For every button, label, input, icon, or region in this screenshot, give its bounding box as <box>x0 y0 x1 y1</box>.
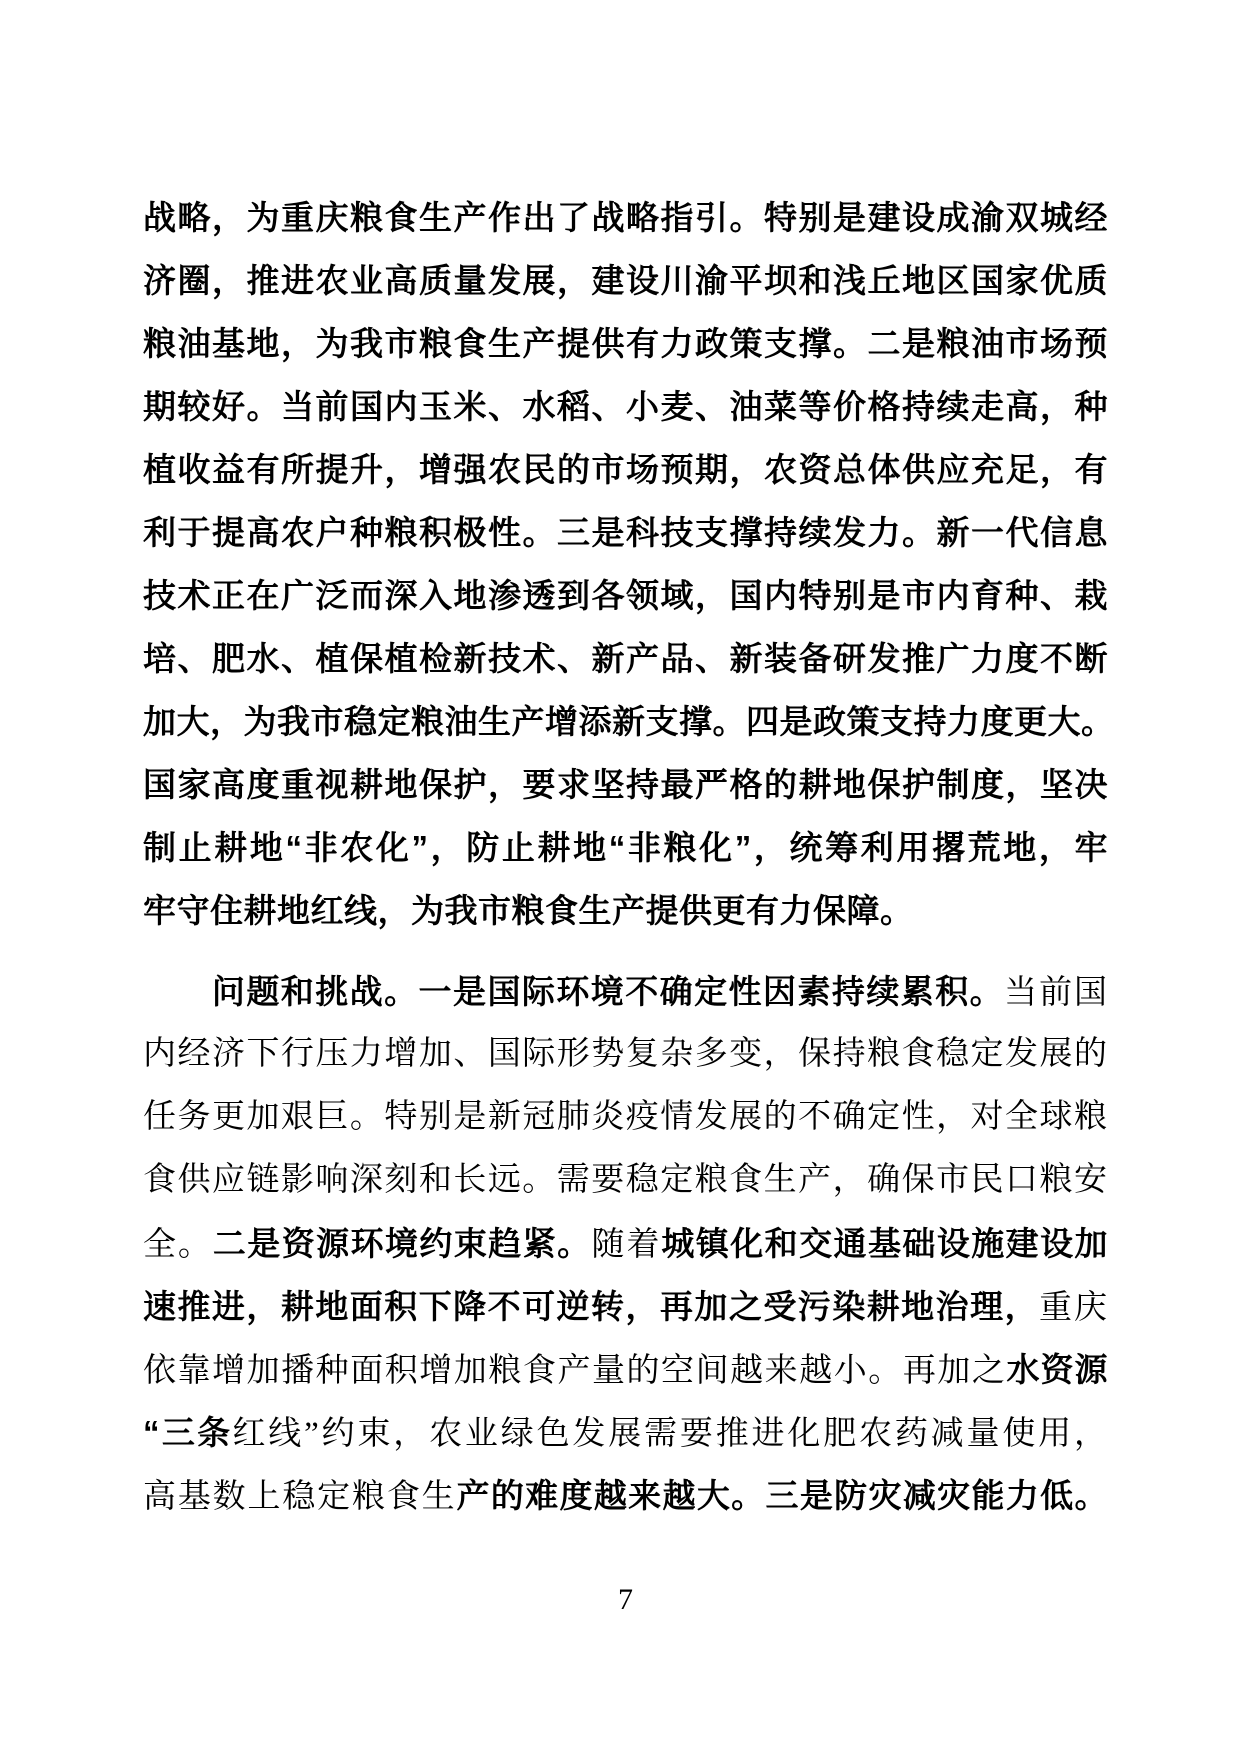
fangsong-run: 随着 <box>592 1227 662 1263</box>
bold-heiti-run: 速推进，耕地面积下降不可逆转，再加之受污染耕地治理， <box>143 1288 1039 1325</box>
fangsong-run: 红线”约束，农业绿色发展需要推进化肥农药减量使用， <box>232 1416 1108 1452</box>
bold-heiti-run: 问题和挑战。一是国际环境不确定性因素持续累积。 <box>143 973 1004 1010</box>
text-line: 制止耕地“非农化”，防止耕地“非粮化”，统筹利用撂荒地，牢 <box>143 816 1108 879</box>
document-text-block: 战略，为重庆粮食生产作出了战略指引。特别是建设成渝双城经济圈，推进农业高质量发展… <box>143 186 1108 1527</box>
bold-heiti-run: 城镇化和交通基础设施建设加 <box>661 1225 1108 1262</box>
fangsong-run: 当前国 <box>1004 975 1108 1011</box>
bold-heiti-run: 水资源 <box>1006 1351 1108 1388</box>
fangsong-run: 内经济下行压力增加、国际形势复杂多变，保持粮食稳定发展的 <box>143 1036 1108 1072</box>
bold-heiti-run: 技术正在广泛而深入地渗透到各领域，国内特别是市内育种、栽 <box>143 577 1108 614</box>
fangsong-run: 高基数上稳定粮食生 <box>143 1479 457 1515</box>
bold-heiti-run: 加大，为我市稳定粮油生产增添新支撑。四是政策支持力度更大。 <box>143 703 1115 740</box>
fangsong-run: 重庆 <box>1039 1290 1108 1326</box>
text-line: 粮油基地，为我市粮食生产提供有力政策支撑。二是粮油市场预 <box>143 312 1108 375</box>
bold-heiti-run: 济圈，推进农业高质量发展，建设川渝平坝和浅丘地区国家优质 <box>143 262 1108 299</box>
fangsong-run: 食供应链影响深刻和长远。需要稳定粮食生产，确保市民口粮安 <box>143 1162 1108 1198</box>
text-line: 技术正在广泛而深入地渗透到各领域，国内特别是市内育种、栽 <box>143 564 1108 627</box>
text-line: 食供应链影响深刻和长远。需要稳定粮食生产，确保市民口粮安 <box>143 1149 1108 1212</box>
text-line: 速推进，耕地面积下降不可逆转，再加之受污染耕地治理，重庆 <box>143 1275 1108 1338</box>
fangsong-run: 任务更加艰巨。特别是新冠肺炎疫情发展的不确定性，对全球粮 <box>143 1099 1108 1135</box>
bold-heiti-run: 利于提高农户种粮积极性。三是科技支撑持续发力。新一代信息 <box>143 514 1108 551</box>
text-line: 战略，为重庆粮食生产作出了战略指引。特别是建设成渝双城经 <box>143 186 1108 249</box>
text-line: 济圈，推进农业高质量发展，建设川渝平坝和浅丘地区国家优质 <box>143 249 1108 312</box>
bold-heiti-run: 制止耕地“非农化”，防止耕地“非粮化”，统筹利用撂荒地，牢 <box>143 829 1108 866</box>
bold-heiti-run: 国家高度重视耕地保护，要求坚持最严格的耕地保护制度，坚决 <box>143 766 1108 803</box>
bold-heiti-run: 牢守住耕地红线，为我市粮食生产提供更有力保障。 <box>143 892 914 929</box>
text-line: 国家高度重视耕地保护，要求坚持最严格的耕地保护制度，坚决 <box>143 753 1108 816</box>
bold-heiti-run: 植收益有所提升，增强农民的市场预期，农资总体供应充足，有 <box>143 451 1108 488</box>
fangsong-run: 依靠增加播种面积增加粮食产量的空间越来越小。再加之 <box>143 1353 1006 1389</box>
fangsong-run: 全。 <box>143 1227 213 1263</box>
text-line: 问题和挑战。一是国际环境不确定性因素持续累积。当前国 <box>143 960 1108 1023</box>
text-line: 牢守住耕地红线，为我市粮食生产提供更有力保障。 <box>143 879 1108 942</box>
text-line: 内经济下行压力增加、国际形势复杂多变，保持粮食稳定发展的 <box>143 1023 1108 1086</box>
bold-heiti-run: “三条 <box>143 1414 232 1451</box>
bold-heiti-run: 战略，为重庆粮食生产作出了战略指引。特别是建设成渝双城经 <box>143 199 1108 236</box>
text-line: 加大，为我市稳定粮油生产增添新支撑。四是政策支持力度更大。 <box>143 690 1108 753</box>
text-line: 任务更加艰巨。特别是新冠肺炎疫情发展的不确定性，对全球粮 <box>143 1086 1108 1149</box>
text-line: 培、肥水、植保植检新技术、新产品、新装备研发推广力度不断 <box>143 627 1108 690</box>
page-number: 7 <box>143 1579 1108 1621</box>
text-line: 全。二是资源环境约束趋紧。随着城镇化和交通基础设施建设加 <box>143 1212 1108 1275</box>
bold-heiti-run: 粮油基地，为我市粮食生产提供有力政策支撑。二是粮油市场预 <box>143 325 1108 362</box>
text-line: 依靠增加播种面积增加粮食产量的空间越来越小。再加之水资源 <box>143 1338 1108 1401</box>
text-line: 高基数上稳定粮食生产的难度越来越大。三是防灾减灾能力低。 <box>143 1464 1108 1527</box>
document-page: 战略，为重庆粮食生产作出了战略指引。特别是建设成渝双城经济圈，推进农业高质量发展… <box>0 0 1240 1754</box>
text-line: 期较好。当前国内玉米、水稻、小麦、油菜等价格持续走高，种 <box>143 375 1108 438</box>
bold-heiti-run: 期较好。当前国内玉米、水稻、小麦、油菜等价格持续走高，种 <box>143 388 1108 425</box>
text-line: 利于提高农户种粮积极性。三是科技支撑持续发力。新一代信息 <box>143 501 1108 564</box>
text-line: “三条红线”约束，农业绿色发展需要推进化肥农药减量使用， <box>143 1401 1108 1464</box>
text-line: 植收益有所提升，增强农民的市场预期，农资总体供应充足，有 <box>143 438 1108 501</box>
bold-heiti-run: 二是资源环境约束趋紧。 <box>213 1225 592 1262</box>
bold-heiti-run: 培、肥水、植保植检新技术、新产品、新装备研发推广力度不断 <box>143 640 1108 677</box>
bold-heiti-run: 产的难度越来越大。三是防灾减灾能力低。 <box>457 1477 1109 1514</box>
